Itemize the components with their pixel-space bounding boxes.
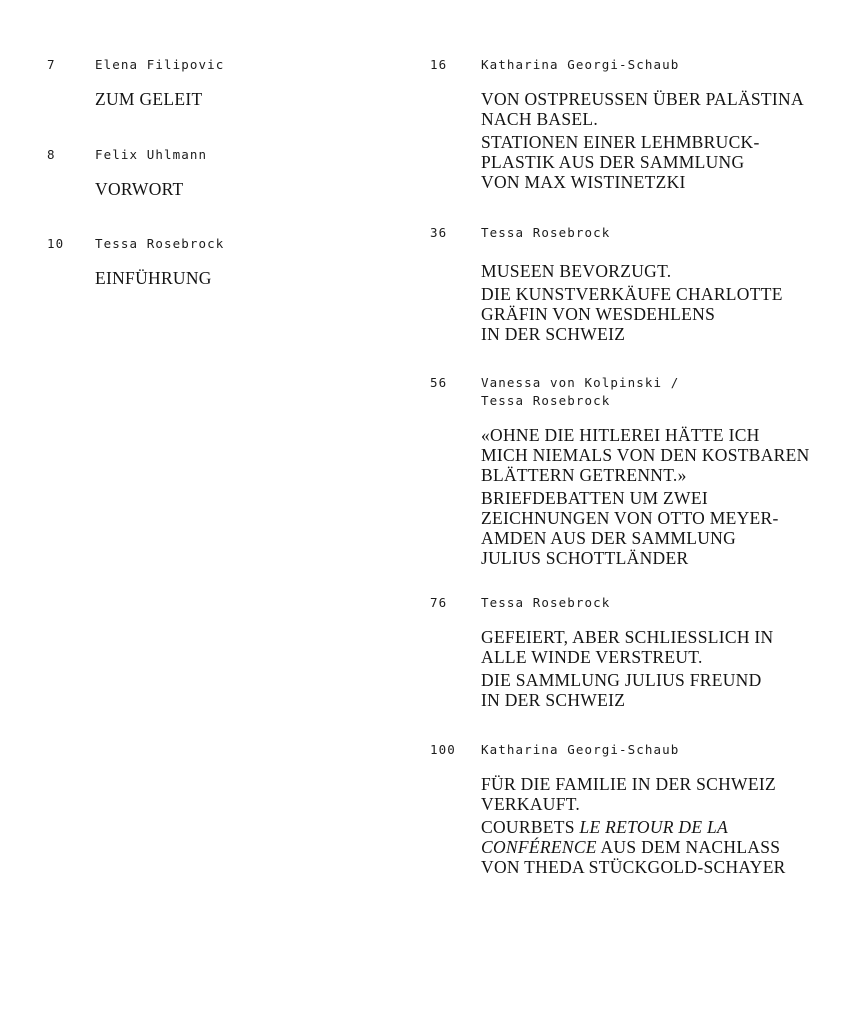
entry-title: FÜR DIE FAMILIE IN DER SCHWEIZ VERKAUFT.…: [481, 774, 786, 877]
toc-entry-schottlaender: 56 Vanessa von Kolpinski / Tessa Rosebro…: [430, 374, 810, 568]
title-line: GRÄFIN VON WESDEHLENS: [481, 304, 783, 324]
title-line: VON MAX WISTINETZKI: [481, 172, 804, 192]
title-line: «OHNE DIE HITLEREI HÄTTE ICH: [481, 425, 810, 445]
author-name: Katharina Georgi-Schaub: [481, 741, 679, 759]
title-line: MUSEEN BEVORZUGT.: [481, 261, 783, 281]
title-line: ZUM GELEIT: [95, 89, 224, 109]
toc-entry-zum-geleit: 7 Elena Filipovic ZUM GELEIT: [47, 56, 224, 109]
author-name: Katharina Georgi-Schaub: [481, 56, 679, 74]
page-number: 56: [430, 374, 481, 392]
entry-title: «OHNE DIE HITLEREI HÄTTE ICH MICH NIEMAL…: [481, 425, 810, 568]
page-number: 100: [430, 741, 481, 759]
title-line: NACH BASEL.: [481, 109, 804, 129]
title-segment-italic: CONFÉRENCE: [481, 837, 597, 857]
toc-entry-stueckgold-schayer: 100 Katharina Georgi-Schaub FÜR DIE FAMI…: [430, 741, 786, 877]
toc-entry-einfuehrung: 10 Tessa Rosebrock EINFÜHRUNG: [47, 235, 224, 288]
toc-entry-vorwort: 8 Felix Uhlmann VORWORT: [47, 146, 207, 199]
page-number: 10: [47, 235, 95, 253]
title-line: BLÄTTERN GETRENNT.»: [481, 465, 810, 485]
title-line: GEFEIERT, ABER SCHLIESSLICH IN: [481, 627, 774, 647]
entry-title: ZUM GELEIT: [95, 89, 224, 109]
title-line: COURBETS LE RETOUR DE LA: [481, 817, 786, 837]
title-line: VORWORT: [95, 179, 207, 199]
entry-title: VON OSTPREUSSEN ÜBER PALÄSTINA NACH BASE…: [481, 89, 804, 192]
title-segment-italic: LE RETOUR DE LA: [579, 817, 728, 837]
entry-title: EINFÜHRUNG: [95, 268, 224, 288]
author-name: Tessa Rosebrock: [481, 392, 679, 410]
author-name: Tessa Rosebrock: [95, 235, 224, 253]
title-line: ZEICHNUNGEN VON OTTO MEYER-: [481, 508, 810, 528]
author-name: Vanessa von Kolpinski /: [481, 374, 679, 392]
toc-page: 7 Elena Filipovic ZUM GELEIT 8 Felix Uhl…: [0, 0, 863, 1020]
title-line: DIE SAMMLUNG JULIUS FREUND: [481, 670, 774, 690]
title-line: IN DER SCHWEIZ: [481, 324, 783, 344]
page-number: 36: [430, 224, 481, 242]
author-name: Elena Filipovic: [95, 56, 224, 74]
author-name: Felix Uhlmann: [95, 146, 207, 164]
entry-title: VORWORT: [95, 179, 207, 199]
title-line: MICH NIEMALS VON DEN KOSTBAREN: [481, 445, 810, 465]
toc-entry-wesdehlen: 36 Tessa Rosebrock MUSEEN BEVORZUGT. DIE…: [430, 224, 783, 344]
title-line: EINFÜHRUNG: [95, 268, 224, 288]
entry-title: GEFEIERT, ABER SCHLIESSLICH IN ALLE WIND…: [481, 627, 774, 710]
title-line: VON OSTPREUSSEN ÜBER PALÄSTINA: [481, 89, 804, 109]
title-line: AMDEN AUS DER SAMMLUNG: [481, 528, 810, 548]
title-segment: AUS DEM NACHLASS: [597, 837, 781, 857]
author-name: Tessa Rosebrock: [481, 224, 610, 242]
title-segment: COURBETS: [481, 817, 579, 837]
author-name: Tessa Rosebrock: [481, 594, 610, 612]
title-line: JULIUS SCHOTTLÄNDER: [481, 548, 810, 568]
page-number: 16: [430, 56, 481, 74]
entry-title: MUSEEN BEVORZUGT. DIE KUNSTVERKÄUFE CHAR…: [481, 261, 783, 344]
title-line: STATIONEN EINER LEHMBRUCK-: [481, 132, 804, 152]
toc-entry-wistinetzki: 16 Katharina Georgi-Schaub VON OSTPREUSS…: [430, 56, 804, 192]
title-line: PLASTIK AUS DER SAMMLUNG: [481, 152, 804, 172]
title-line: CONFÉRENCE AUS DEM NACHLASS: [481, 837, 786, 857]
title-line: BRIEFDEBATTEN UM ZWEI: [481, 488, 810, 508]
title-line: IN DER SCHWEIZ: [481, 690, 774, 710]
title-line: VERKAUFT.: [481, 794, 786, 814]
title-line: FÜR DIE FAMILIE IN DER SCHWEIZ: [481, 774, 786, 794]
toc-entry-freund: 76 Tessa Rosebrock GEFEIERT, ABER SCHLIE…: [430, 594, 774, 710]
page-number: 76: [430, 594, 481, 612]
page-number: 8: [47, 146, 95, 164]
title-line: VON THEDA STÜCKGOLD-SCHAYER: [481, 857, 786, 877]
title-line: DIE KUNSTVERKÄUFE CHARLOTTE: [481, 284, 783, 304]
title-line: ALLE WINDE VERSTREUT.: [481, 647, 774, 667]
page-number: 7: [47, 56, 95, 74]
